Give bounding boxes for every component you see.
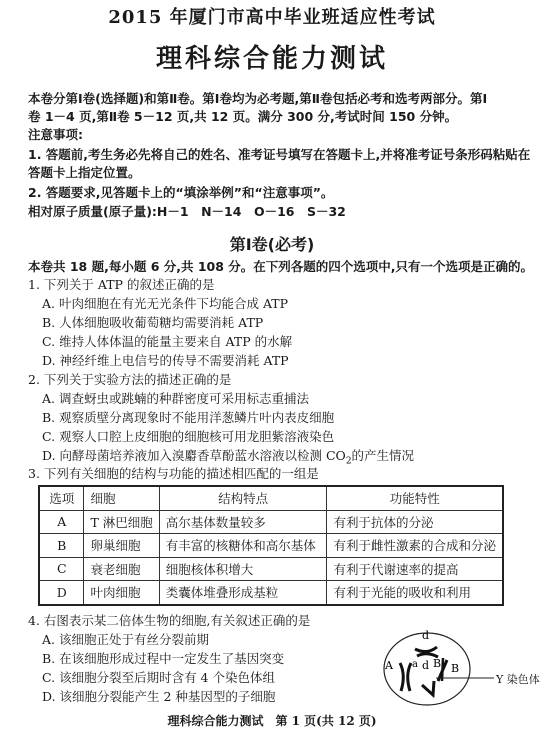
label-B1: B [433, 657, 441, 670]
section-title: 第Ⅰ卷(必考) [0, 232, 544, 255]
cell-division-diagram: d A a d B B Y 染色体 [370, 625, 544, 710]
row-c-cell: 衰老细胞 [84, 557, 159, 581]
question-4-option-b: B. 在该细胞形成过程中一定发生了基因突变 [42, 650, 284, 667]
table-row: D 叶肉细胞 类囊体堆叠形成基粒 有利于光能的吸收和利用 [39, 581, 503, 605]
question-1-option-d: D. 神经纤维上电信号的传导不需要消耗 ATP [42, 352, 289, 369]
row-a-cell: T 淋巴细胞 [84, 510, 159, 534]
question-1-option-b: B. 人体细胞吸收葡萄糖均需要消耗 ATP [42, 314, 263, 331]
question-1-stem: 1. 下列关于 ATP 的叙述正确的是 [28, 276, 214, 293]
question-2-option-a: A. 调查蚜虫或跳蝻的种群密度可采用标志重捕法 [42, 390, 309, 407]
header-cell: 细胞 [84, 486, 159, 510]
note-2: 2. 答题要求,见答题卡上的“填涂举例”和“注意事项”。 [28, 184, 333, 201]
row-a-function: 有利于抗体的分泌 [327, 510, 503, 534]
row-d-cell: 叶肉细胞 [84, 581, 159, 605]
label-B2: B [451, 662, 459, 675]
intro-line-2: 卷 1－4 页,第Ⅱ卷 5－12 页,共 12 页。满分 300 分,考试时间 … [28, 108, 457, 125]
row-b-option: B [39, 534, 84, 558]
table-row: B 卵巢细胞 有丰富的核糖体和高尔基体 有利于雌性激素的合成和分泌 [39, 534, 503, 558]
question-1-option-a: A. 叶肉细胞在有光无光条件下均能合成 ATP [42, 295, 288, 312]
row-b-cell: 卵巢细胞 [84, 534, 159, 558]
row-b-structure: 有丰富的核糖体和高尔基体 [159, 534, 327, 558]
label-d-bottom: d [422, 659, 429, 672]
row-d-function: 有利于光能的吸收和利用 [327, 581, 503, 605]
label-d-top: d [422, 629, 429, 642]
header-option: 选项 [39, 486, 84, 510]
label-A: A [384, 659, 394, 672]
table-row: C 衰老细胞 细胞核体积增大 有利于代谢速率的提高 [39, 557, 503, 581]
note-1-cont: 答题卡上指定位置。 [28, 164, 141, 181]
note-1: 1. 答题前,考生务必先将自己的姓名、准考证号填写在答题卡上,并将准考证号条形码… [28, 146, 530, 163]
question-2-option-c: C. 观察人口腔上皮细胞的细胞核可用龙胆紫溶液染色 [42, 428, 334, 445]
table-header-row: 选项 细胞 结构特点 功能特性 [39, 486, 503, 510]
table-row: A T 淋巴细胞 高尔基体数量较多 有利于抗体的分泌 [39, 510, 503, 534]
section-instructions: 本卷共 18 题,每小题 6 分,共 108 分。在下列各题的四个选项中,只有一… [28, 258, 533, 275]
option-d-text: D. 向酵母菌培养液加入溴麝香草酚蓝水溶液以检测 CO [42, 448, 346, 463]
row-c-function: 有利于代谢速率的提高 [327, 557, 503, 581]
y-chromosome-label: Y 染色体 [496, 671, 540, 687]
cell-comparison-table: 选项 细胞 结构特点 功能特性 A T 淋巴细胞 高尔基体数量较多 有利于抗体的… [38, 485, 504, 606]
label-a: a [412, 659, 418, 670]
exam-title: 2015 年厦门市高中毕业班适应性考试 [0, 3, 544, 29]
atomic-mass: 相对原子质量(原子量):H－1 N－14 O－16 S－32 [28, 203, 346, 220]
question-1-option-c: C. 维持人体体温的能量主要来自 ATP 的水解 [42, 333, 292, 350]
row-c-option: C [39, 557, 84, 581]
question-4-option-d: D. 该细胞分裂能产生 2 种基因型的子细胞 [42, 688, 275, 705]
intro-line-1: 本卷分第Ⅰ卷(选择题)和第Ⅱ卷。第Ⅰ卷均为必考题,第Ⅱ卷包括必考和选考两部分。第… [28, 90, 487, 107]
page-footer: 理科综合能力测试 第 1 页(共 12 页) [0, 712, 544, 729]
cell-diagram-icon: d A a d B B [370, 625, 544, 710]
question-4-stem: 4. 右图表示某二倍体生物的细胞,有关叙述正确的是 [28, 612, 310, 629]
question-3-stem: 3. 下列有关细胞的结构与功能的描述相匹配的一组是 [28, 465, 319, 482]
question-2-option-b: B. 观察质壁分离现象时不能用洋葱鳞片叶内表皮细胞 [42, 409, 334, 426]
option-d-text-end: 的产生情况 [352, 448, 415, 463]
row-b-function: 有利于雌性激素的合成和分泌 [327, 534, 503, 558]
question-4-option-a: A. 该细胞正处于有丝分裂前期 [42, 631, 209, 648]
row-c-structure: 细胞核体积增大 [159, 557, 327, 581]
row-d-option: D [39, 581, 84, 605]
notes-heading: 注意事项: [28, 126, 83, 143]
subject-title: 理科综合能力测试 [0, 38, 544, 75]
row-a-option: A [39, 510, 84, 534]
row-a-structure: 高尔基体数量较多 [159, 510, 327, 534]
header-structure: 结构特点 [159, 486, 327, 510]
row-d-structure: 类囊体堆叠形成基粒 [159, 581, 327, 605]
question-2-stem: 2. 下列关于实验方法的描述正确的是 [28, 371, 231, 388]
header-function: 功能特性 [327, 486, 503, 510]
question-4-option-c: C. 该细胞分裂至后期时含有 4 个染色体组 [42, 669, 275, 686]
